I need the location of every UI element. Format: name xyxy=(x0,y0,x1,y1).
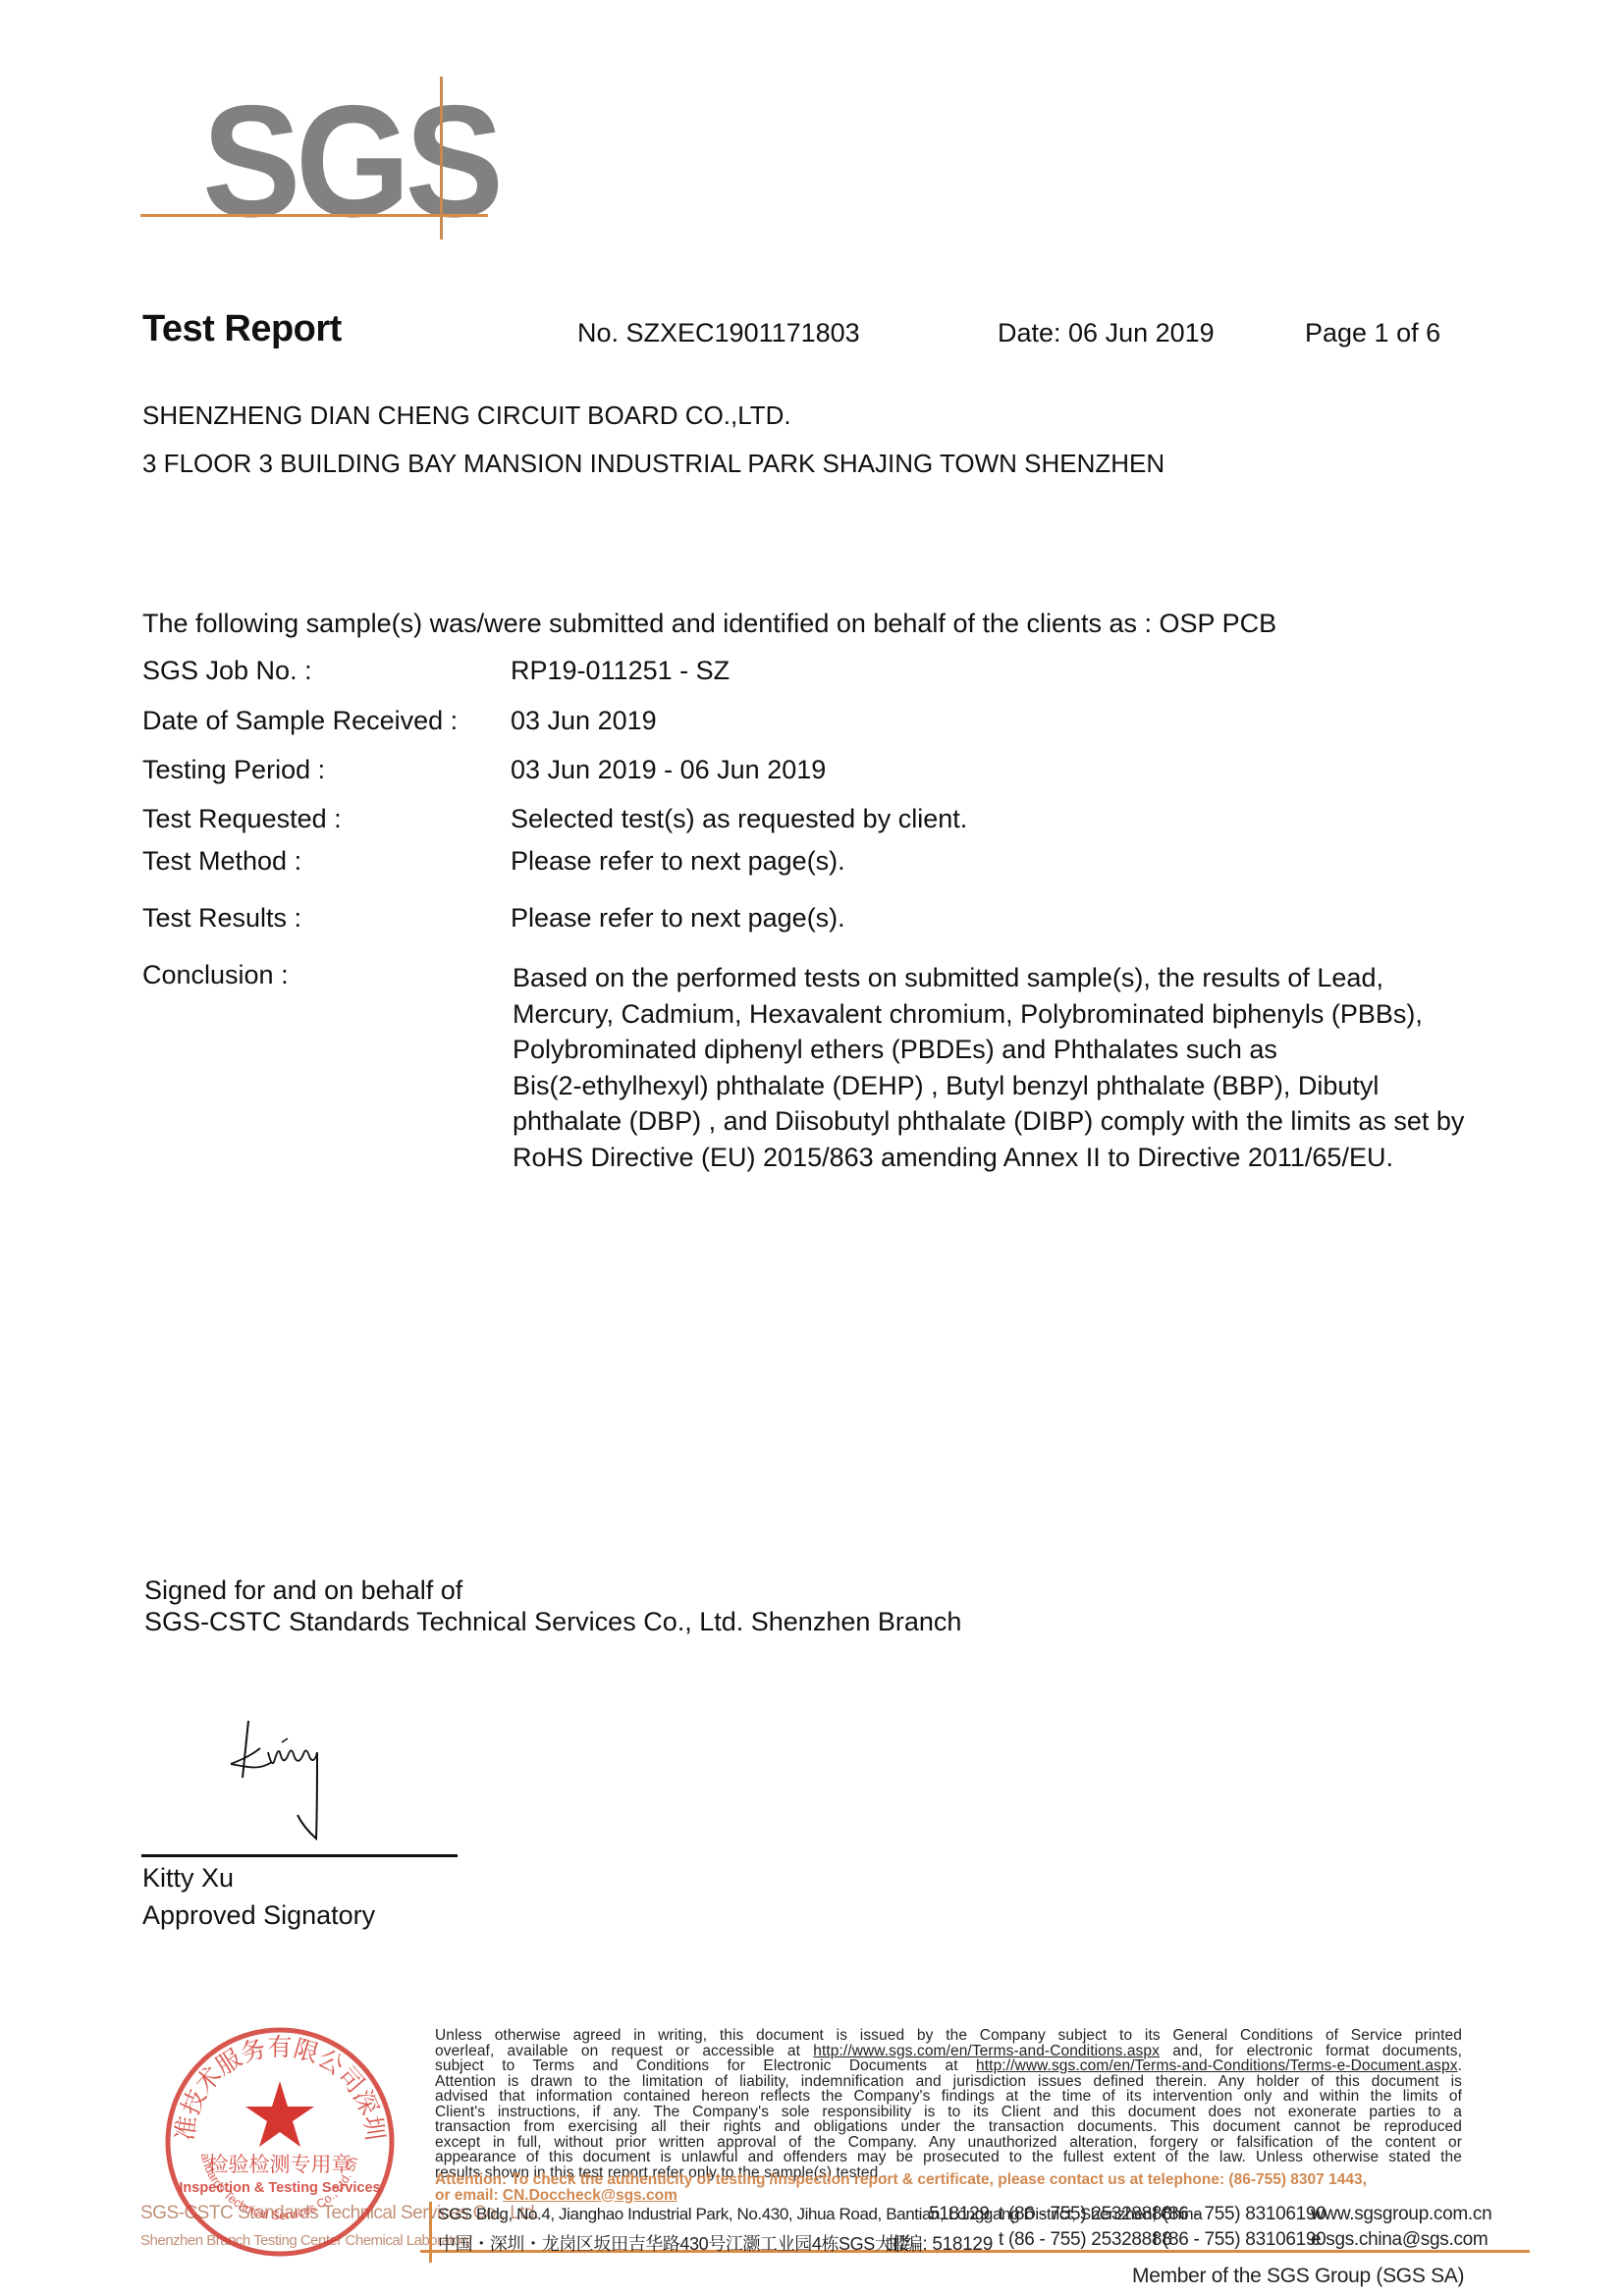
conclusion-text: Based on the performed tests on submitte… xyxy=(513,960,1514,1175)
official-seal-stamp: 通标标准技术服务有限公司深圳分公司 检验检测专用章 Inspection & T… xyxy=(162,2024,398,2260)
report-number: No. SZXEC1901171803 xyxy=(577,318,860,348)
field-value-test-requested: Selected test(s) as requested by client. xyxy=(511,804,967,834)
legal-line: Unless otherwise agreed in writing, this… xyxy=(435,2028,1462,2044)
logo-vertical-rule xyxy=(440,77,443,240)
field-value-testing-period: 03 Jun 2019 - 06 Jun 2019 xyxy=(511,755,826,785)
client-address: 3 FLOOR 3 BUILDING BAY MANSION INDUSTRIA… xyxy=(142,449,1164,479)
terms-link[interactable]: http://www.sgs.com/en/Terms-and-Conditio… xyxy=(813,2043,1160,2059)
footer-fax: f (86 - 755) 83106190 xyxy=(1153,2204,1326,2225)
field-value-date-received: 03 Jun 2019 xyxy=(511,706,657,736)
authenticity-line: Attention: To check the authenticity of … xyxy=(435,2172,1367,2188)
legal-line: Attention is drawn to the limitation of … xyxy=(435,2074,1462,2090)
footer-fax-cn: f (86 - 755) 83106190 xyxy=(1153,2229,1326,2251)
legal-line: appearance of this document is unlawful … xyxy=(435,2150,1462,2165)
footer-telephone-cn: t (86 - 755) 25328888 xyxy=(999,2229,1171,2251)
signer-title: Approved Signatory xyxy=(142,1900,375,1931)
legal-line: except in full, without prior written ap… xyxy=(435,2135,1462,2151)
legal-line: subject to Terms and Conditions for Elec… xyxy=(435,2058,1462,2074)
field-label-test-requested: Test Requested : xyxy=(142,804,342,834)
authenticity-notice: Attention: To check the authenticity of … xyxy=(435,2172,1367,2203)
conclusion-line: Mercury, Cadmium, Hexavalent chromium, P… xyxy=(513,996,1514,1033)
legal-line: advised that information contained hereo… xyxy=(435,2089,1462,2105)
footer-address-cn: 中国・深圳・龙岗区坂田吉华路430号江灏工业园4栋SGS大楼 xyxy=(438,2230,909,2256)
signed-on-behalf: Signed for and on behalf of xyxy=(144,1575,462,1606)
field-label-test-method: Test Method : xyxy=(142,846,301,877)
doccheck-email-link[interactable]: CN.Doccheck@sgs.com xyxy=(503,2187,677,2204)
e-document-terms-link[interactable]: http://www.sgs.com/en/Terms-and-Conditio… xyxy=(976,2057,1458,2074)
field-label-testing-period: Testing Period : xyxy=(142,755,325,785)
conclusion-line: Based on the performed tests on submitte… xyxy=(513,960,1514,996)
footer-email[interactable]: e sgs.china@sgs.com xyxy=(1311,2229,1488,2251)
handwritten-signature xyxy=(221,1713,358,1850)
report-date: Date: 06 Jun 2019 xyxy=(998,318,1215,348)
field-label-test-results: Test Results : xyxy=(142,903,301,934)
signature-line xyxy=(141,1854,458,1857)
conclusion-line: RoHS Directive (EU) 2015/863 amending An… xyxy=(513,1140,1514,1176)
footer-telephone: t (86 - 755) 25328888 xyxy=(999,2204,1171,2225)
footer-vertical-rule xyxy=(429,2202,432,2263)
star-icon xyxy=(245,2081,314,2147)
legal-line: overleaf, available on request or access… xyxy=(435,2044,1462,2059)
signing-company: SGS-CSTC Standards Technical Services Co… xyxy=(144,1607,961,1637)
page-title: Test Report xyxy=(142,308,342,350)
field-value-test-results: Please refer to next page(s). xyxy=(511,903,845,934)
signer-name: Kitty Xu xyxy=(142,1863,234,1894)
footer-postcode-en: 518129 xyxy=(929,2204,990,2225)
footer-postcode-cn: 邮编: 518129 xyxy=(886,2229,993,2256)
legal-line: Client's instructions, if any. The Compa… xyxy=(435,2105,1462,2120)
stamp-cn-center: 检验检测专用章 xyxy=(208,2153,352,2176)
sgs-group-membership: Member of the SGS Group (SGS SA) xyxy=(1132,2265,1464,2288)
logo-horizontal-rule xyxy=(140,214,488,217)
authenticity-line: or email: CN.Doccheck@sgs.com xyxy=(435,2188,1367,2204)
legal-disclaimer: Unless otherwise agreed in writing, this… xyxy=(435,2028,1462,2180)
field-label-date-received: Date of Sample Received : xyxy=(142,706,458,736)
legal-line: transaction from exercising all their ri… xyxy=(435,2119,1462,2135)
client-name: SHENZHENG DIAN CHENG CIRCUIT BOARD CO.,L… xyxy=(142,400,791,431)
conclusion-line: Bis(2-ethylhexyl) phthalate (DEHP) , But… xyxy=(513,1068,1514,1104)
conclusion-line: Polybrominated diphenyl ethers (PBDEs) a… xyxy=(513,1032,1514,1068)
field-value-test-method: Please refer to next page(s). xyxy=(511,846,845,877)
field-label-job-no: SGS Job No. : xyxy=(142,656,312,686)
field-value-job-no: RP19-011251 - SZ xyxy=(511,656,730,686)
conclusion-line: phthalate (DBP) , and Diisobutyl phthala… xyxy=(513,1103,1514,1140)
footer-website[interactable]: www.sgsgroup.com.cn xyxy=(1311,2204,1491,2225)
page-number: Page 1 of 6 xyxy=(1305,318,1440,348)
field-label-conclusion: Conclusion : xyxy=(142,960,289,990)
logo-text: SGS xyxy=(202,82,498,241)
sample-intro: The following sample(s) was/were submitt… xyxy=(142,609,1276,639)
